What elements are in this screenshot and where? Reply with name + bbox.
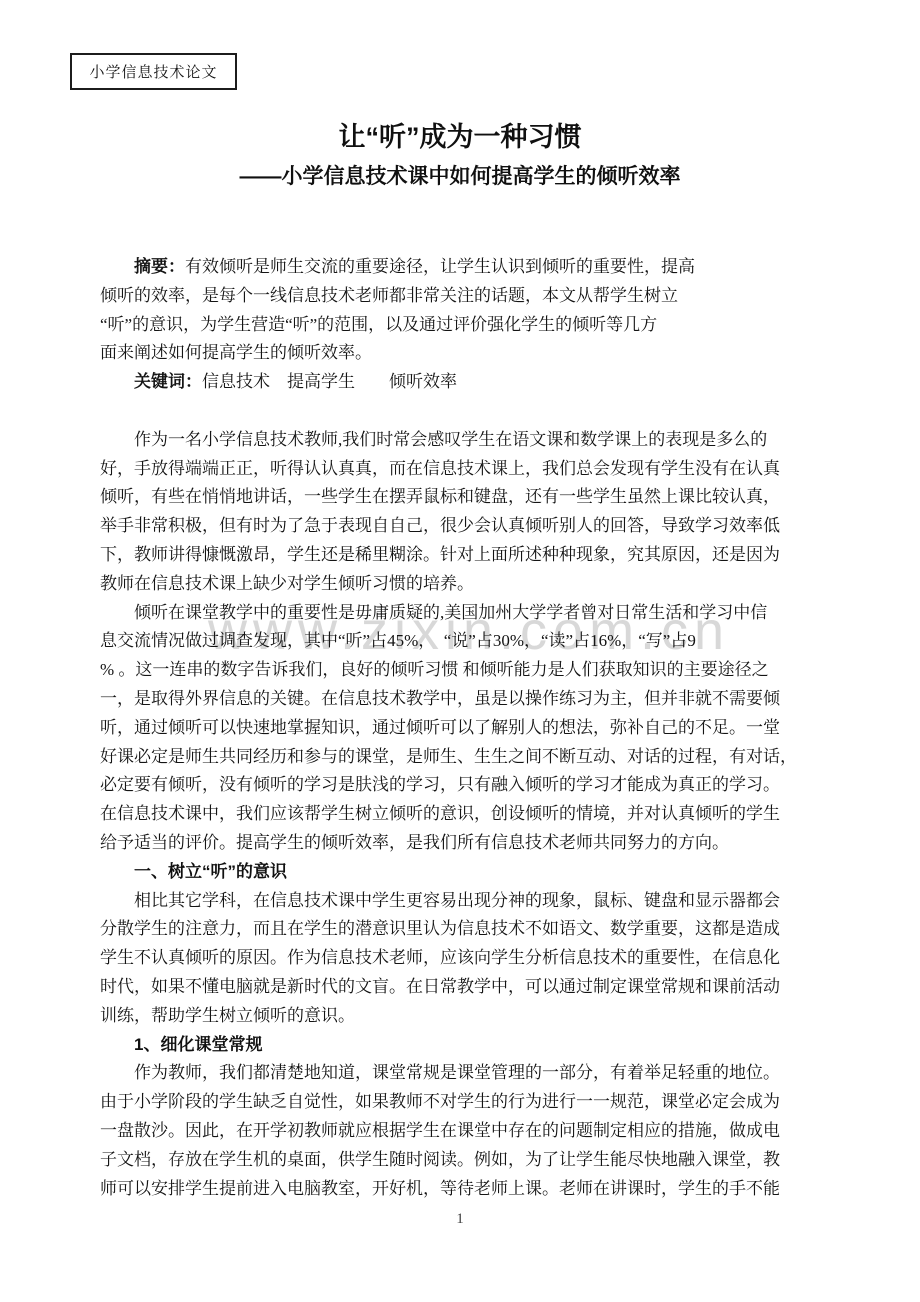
keywords-text: 信息技术 提高学生 倾听效率 (202, 372, 457, 391)
abstract-paragraph: 摘要：有效倾听是师生交流的重要途径，让学生认识到倾听的重要性，提高 倾听的效率，… (100, 253, 820, 368)
keywords-line: 关键词：信息技术 提高学生 倾听效率 (100, 368, 820, 397)
abstract-label: 摘要： (134, 257, 185, 276)
abstract-text: 有效倾听是师生交流的重要途径，让学生认识到倾听的重要性，提高 倾听的效率，是每个… (100, 257, 695, 362)
page-subtitle: ——小学信息技术课中如何提高学生的倾听效率 (100, 163, 820, 191)
body-paragraph-3: 相比其它学科，在信息技术课中学生更容易出现分神的现象，鼠标、键盘和显示器都会 分… (100, 887, 820, 1031)
corner-label: 小学信息技术论文 (89, 61, 217, 82)
body-paragraph-2: 倾听在课堂教学中的重要性是毋庸质疑的,美国加州大学学者曾对日常生活和学习中信 息… (100, 599, 820, 858)
corner-label-box: 小学信息技术论文 (70, 53, 237, 90)
keywords-label: 关键词： (134, 372, 202, 391)
document-page: 小学信息技术论文 www.zixin.com.cn 让“听”成为一种习惯 ——小… (0, 0, 920, 1302)
body-paragraph-1: 作为一名小学信息技术教师,我们时常会感叹学生在语文课和数学课上的表现是多么的 好… (100, 426, 820, 599)
section-heading-2: 1、细化课堂常规 (100, 1031, 820, 1060)
page-number: 1 (100, 1211, 820, 1228)
body-paragraph-4: 作为教师，我们都清楚地知道，课堂常规是课堂管理的一部分，有着举足轻重的地位。 由… (100, 1059, 820, 1203)
document-content: 让“听”成为一种习惯 ——小学信息技术课中如何提高学生的倾听效率 摘要：有效倾听… (100, 0, 820, 1228)
section-heading-1: 一、树立“听”的意识 (100, 858, 820, 887)
page-title: 让“听”成为一种习惯 (100, 120, 820, 154)
